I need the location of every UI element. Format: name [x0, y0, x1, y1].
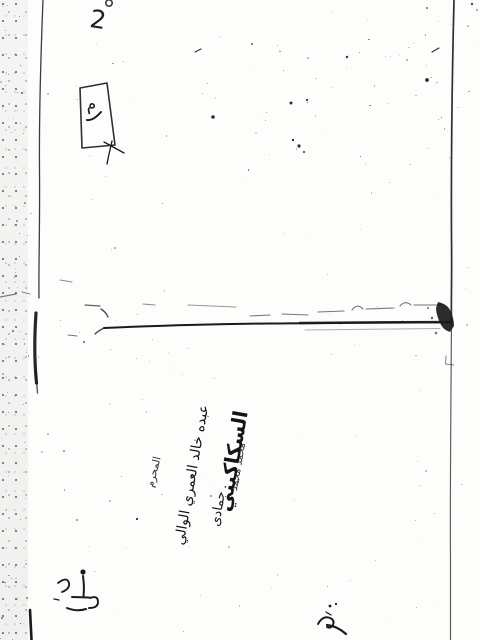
speck: [11, 132, 12, 133]
speck: [266, 112, 267, 113]
speck: [254, 70, 255, 71]
speck: [20, 623, 21, 624]
speck: [19, 331, 20, 332]
speck: [149, 360, 150, 361]
speck: [2, 373, 4, 375]
speck: [28, 355, 29, 356]
speck: [17, 287, 18, 288]
speck: [434, 513, 435, 514]
speck: [17, 618, 18, 619]
speck: [271, 588, 272, 589]
speck: [63, 450, 64, 451]
speck: [89, 155, 90, 156]
speck: [162, 203, 163, 204]
speck: [243, 177, 244, 178]
speck: [315, 115, 316, 116]
speck: [416, 607, 417, 608]
speck: [210, 495, 211, 496]
speck: [389, 182, 390, 183]
speck: [125, 547, 126, 548]
speck: [331, 87, 332, 88]
speck: [426, 7, 428, 9]
speck: [296, 148, 298, 150]
speck: [26, 352, 27, 353]
speck: [279, 51, 280, 52]
speck: [307, 57, 309, 59]
speck: [161, 494, 162, 495]
speck: [390, 56, 391, 57]
speck: [1, 617, 3, 619]
speck: [25, 560, 26, 561]
speck: [327, 274, 328, 275]
speck: [79, 332, 80, 333]
speck: [121, 476, 122, 477]
speck: [2, 108, 3, 109]
speck: [16, 220, 17, 221]
speck: [436, 195, 437, 196]
speck: [41, 451, 43, 453]
speck: [239, 605, 241, 607]
speck: [113, 610, 114, 611]
speck: [426, 65, 427, 66]
speck: [331, 353, 332, 354]
speck: [24, 343, 25, 344]
page-edge-line: [450, 0, 478, 640]
speck: [444, 128, 445, 129]
speck: [19, 233, 20, 234]
speck: [15, 343, 17, 345]
speck: [24, 508, 25, 509]
stamp-letter: م: [84, 94, 98, 116]
speck: [7, 5, 8, 6]
speck: [24, 202, 25, 203]
speck: [15, 578, 16, 579]
speck: [375, 560, 376, 561]
speck: [134, 98, 135, 99]
speck: [360, 156, 361, 157]
speck: [207, 83, 208, 84]
speck: [166, 135, 167, 136]
speck: [374, 85, 375, 86]
speck: [200, 595, 201, 596]
speck: [38, 356, 39, 357]
speck: [20, 123, 21, 124]
speck: [23, 404, 24, 405]
corner-squiggle: لم: [318, 603, 346, 634]
speck: [377, 306, 378, 307]
speck: [294, 499, 295, 500]
speck: [23, 133, 24, 134]
speck: [325, 133, 326, 134]
speck: [415, 355, 416, 356]
speck: [6, 509, 7, 510]
scanned-page: م ١: [0, 0, 480, 640]
speck: [228, 546, 230, 548]
speck: [105, 176, 106, 177]
gutter-line: [60, 280, 454, 365]
speck: [116, 320, 117, 321]
speck: [315, 78, 317, 80]
speck: [255, 132, 256, 133]
speck: [77, 99, 78, 100]
speck: [279, 49, 280, 50]
speck: [5, 263, 6, 264]
speck: [109, 500, 111, 502]
speck: [21, 92, 23, 94]
speck: [368, 39, 370, 41]
speck: [449, 157, 450, 158]
speck: [427, 148, 428, 149]
ink-marks-layer: م ١: [0, 0, 480, 640]
speck: [203, 476, 204, 477]
fold-line: [0, 0, 43, 640]
speck: [0, 81, 1, 82]
speck: [307, 102, 308, 103]
speck: [8, 74, 9, 75]
speck: [169, 367, 170, 368]
speck: [114, 247, 116, 249]
speck: [340, 324, 341, 325]
speck: [60, 326, 61, 327]
speck: [19, 256, 20, 257]
speck: [20, 65, 21, 66]
speck: [183, 631, 184, 632]
page-numeral: 2: [88, 4, 120, 38]
collation-mark: ٢ع: [54, 569, 98, 610]
speck: [283, 70, 284, 71]
speck: [30, 213, 31, 214]
speck: [441, 117, 442, 118]
speck: [269, 154, 270, 155]
speck: [472, 41, 473, 42]
speck: [26, 350, 27, 351]
speck: [332, 12, 333, 13]
speck: [371, 192, 372, 193]
speck: [425, 470, 426, 471]
speck: [413, 43, 414, 44]
speck: [346, 67, 347, 68]
speck: [409, 164, 410, 165]
speck: [109, 403, 111, 405]
speck: [25, 498, 26, 499]
speck: [47, 433, 49, 435]
speck: [461, 484, 462, 485]
speck: [283, 233, 284, 234]
speck: [360, 229, 361, 230]
speck: [112, 63, 113, 64]
speck: [430, 77, 432, 79]
speck: [17, 92, 18, 93]
speck: [152, 339, 153, 340]
speck: [91, 199, 92, 200]
speck: [24, 442, 25, 443]
speck: [385, 56, 386, 57]
stamp-box: م ١: [80, 83, 124, 164]
speck: [457, 107, 458, 108]
speck: [11, 578, 12, 579]
speck: [16, 598, 18, 600]
speck: [406, 59, 408, 61]
speck: [369, 105, 371, 107]
speck: [142, 399, 143, 400]
speck: [5, 85, 6, 86]
speck: [438, 21, 439, 22]
speck: [47, 93, 49, 95]
speck: [122, 61, 123, 62]
